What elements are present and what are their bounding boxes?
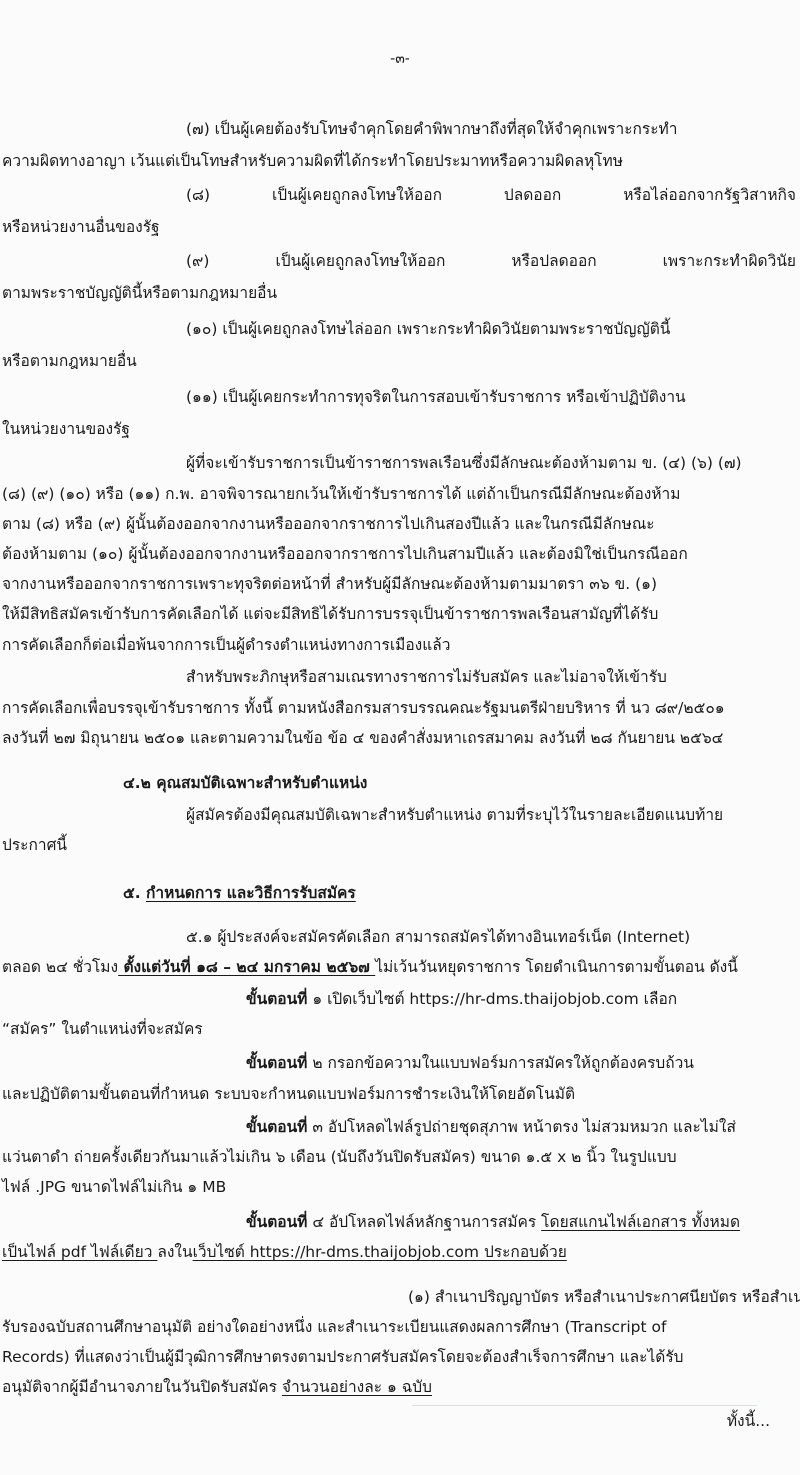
- section-5-heading: ๕. กำหนดการ และวิธีการรับสมัคร: [0, 882, 800, 904]
- divider: [412, 1405, 757, 1406]
- qualification-9-line1: (๙) เป็นผู้เคยถูกลงโทษให้ออก หรือปลดออก …: [0, 250, 800, 272]
- copies-note: จำนวนอย่างละ ๑ ฉบับ: [282, 1378, 432, 1396]
- section-4-2-heading: ๔.๒ คุณสมบัติเฉพาะสำหรับตำแหน่ง: [0, 772, 800, 794]
- qualification-11-line2: ในหน่วยงานของรัฐ: [0, 418, 800, 440]
- monks-line: ลงวันที่ ๒๗ มิถุนายน ๒๕๐๑ และตามความในข้…: [0, 727, 800, 749]
- step-label: ขั้นตอนที่: [246, 990, 307, 1008]
- exemption-line: ให้มีสิทธิสมัครเข้ารับการคัดเลือกได้ แต่…: [0, 603, 800, 625]
- qualification-8-line1: (๘) เป็นผู้เคยถูกลงโทษให้ออก ปลดออก หรือ…: [0, 184, 800, 206]
- hours-text: ตลอด ๒๔ ชั่วโมง: [2, 958, 118, 976]
- document-1-line4: อนุมัติจากผู้มีอำนาจภายในวันปิดรับสมัคร …: [0, 1376, 800, 1398]
- section-5-number: ๕.: [123, 884, 141, 902]
- document-1-line2: รับรองฉบับสถานศึกษาอนุมัติ อย่างใดอย่างห…: [0, 1316, 800, 1338]
- qualification-7-line2: ความผิดทางอาญา เว้นแต่เป็นโทษสำหรับความผ…: [0, 150, 800, 172]
- application-dates: ตั้งแต่วันที่ ๑๘ – ๒๔ มกราคม ๒๕๖๗: [118, 958, 375, 976]
- exemption-line: การคัดเลือกก็ต่อเมื่อพ้นจากการเป็นผู้ดำร…: [0, 634, 800, 656]
- step-label: ขั้นตอนที่: [246, 1118, 307, 1136]
- continuation-text: ทั้งนี้...: [0, 1410, 800, 1432]
- step-4-underlined: โดยสแกนไฟล์เอกสาร ทั้งหมด: [541, 1213, 740, 1231]
- document-1-line1: (๑) สำเนาปริญญาบัตร หรือสำเนาประกาศนียบั…: [0, 1286, 800, 1308]
- step-1-line1: ขั้นตอนที่ ๑ เปิดเว็บไซต์ https://hr-dms…: [0, 988, 800, 1010]
- qualification-10-line2: หรือตามกฎหมายอื่น: [0, 350, 800, 372]
- section-5-1-line2: ตลอด ๒๔ ชั่วโมง ตั้งแต่วันที่ ๑๘ – ๒๔ มก…: [0, 956, 800, 978]
- qualification-7-line1: (๗) เป็นผู้เคยต้องรับโทษจำคุกโดยคำพิพากษ…: [0, 118, 800, 140]
- step-2-line1: ขั้นตอนที่ ๒ กรอกข้อความในแบบฟอร์มการสมั…: [0, 1052, 800, 1074]
- procedure-text: ไม่เว้นวันหยุดราชการ โดยดำเนินการตามขั้น…: [375, 958, 738, 976]
- step-3-line1: ขั้นตอนที่ ๓ อัปโหลดไฟล์รูปถ่ายชุดสุภาพ …: [0, 1116, 800, 1138]
- section-5-1-line1: ๕.๑ ผู้ประสงค์จะสมัครคัดเลือก สามารถสมัค…: [0, 926, 800, 948]
- step-label: ขั้นตอนที่: [246, 1054, 307, 1072]
- exemption-line: (๘) (๙) (๑๐) หรือ (๑๑) ก.พ. อาจพิจารณายก…: [0, 483, 800, 505]
- step-2-text: ๒ กรอกข้อความในแบบฟอร์มการสมัครให้ถูกต้อ…: [307, 1054, 694, 1072]
- monks-line: สำหรับพระภิกษุหรือสามเณรทางราชการไม่รับส…: [0, 666, 800, 688]
- exemption-line: ตาม (๘) หรือ (๙) ผู้นั้นต้องออกจากงานหรื…: [0, 513, 800, 535]
- document-page: -๓- (๗) เป็นผู้เคยต้องรับโทษจำคุกโดยคำพิ…: [0, 0, 800, 1475]
- document-1-plain: อนุมัติจากผู้มีอำนาจภายในวันปิดรับสมัคร: [2, 1378, 282, 1396]
- section-4-2-line1: ผู้สมัครต้องมีคุณสมบัติเฉพาะสำหรับตำแหน่…: [0, 804, 800, 826]
- step-4-line2: เป็นไฟล์ pdf ไฟล์เดียว ลงในเว็บไซต์ http…: [0, 1241, 800, 1263]
- pdf-note: เป็นไฟล์ pdf ไฟล์เดียว: [2, 1243, 157, 1261]
- step-3-text: ๓ อัปโหลดไฟล์รูปถ่ายชุดสุภาพ หน้าตรง ไม่…: [307, 1118, 736, 1136]
- qualification-8-line2: หรือหน่วยงานอื่นของรัฐ: [0, 216, 800, 238]
- page-number: -๓-: [0, 48, 800, 70]
- step-3-line3: ไฟล์ .JPG ขนาดไฟล์ไม่เกิน ๑ MB: [0, 1176, 800, 1198]
- qualification-10-line1: (๑๐) เป็นผู้เคยถูกลงโทษไล่ออก เพราะกระทำ…: [0, 318, 800, 340]
- section-5-title: กำหนดการ และวิธีการรับสมัคร: [146, 884, 356, 902]
- step-4-line1: ขั้นตอนที่ ๔ อัปโหลดไฟล์หลักฐานการสมัคร …: [0, 1211, 800, 1233]
- step-4-text: ๔ อัปโหลดไฟล์หลักฐานการสมัคร: [307, 1213, 541, 1231]
- step-3-line2: แว่นตาดำ ถ่ายครั้งเดียวกันมาแล้วไม่เกิน …: [0, 1146, 800, 1168]
- step-2-line2: และปฏิบัติตามขั้นตอนที่กำหนด ระบบจะกำหนด…: [0, 1083, 800, 1105]
- qualification-9-line2: ตามพระราชบัญญัตินี้หรือตามกฎหมายอื่น: [0, 282, 800, 304]
- exemption-line: จากงานหรือออกจากราชการเพราะทุจริตต่อหน้า…: [0, 573, 800, 595]
- qualification-11-line1: (๑๑) เป็นผู้เคยกระทำการทุจริตในการสอบเข้…: [0, 386, 800, 408]
- step-4-plain: ลงใน: [157, 1243, 192, 1261]
- section-4-2-line2: ประกาศนี้: [0, 834, 800, 856]
- document-1-line3: Records) ที่แสดงว่าเป็นผู้มีวุฒิการศึกษา…: [0, 1346, 800, 1368]
- step-label: ขั้นตอนที่: [246, 1213, 307, 1231]
- step-1-text: ๑ เปิดเว็บไซต์ https://hr-dms.thaijobjob…: [307, 990, 677, 1008]
- exemption-line: ต้องห้ามตาม (๑๐) ผู้นั้นต้องออกจากงานหรื…: [0, 543, 800, 565]
- website-link[interactable]: เว็บไซต์ https://hr-dms.thaijobjob.com ป…: [193, 1243, 567, 1261]
- exemption-line: ผู้ที่จะเข้ารับราชการเป็นข้าราชการพลเรือ…: [0, 452, 800, 474]
- monks-line: การคัดเลือกเพื่อบรรจุเข้ารับราชการ ทั้งน…: [0, 697, 800, 719]
- step-1-line2: “สมัคร” ในตำแหน่งที่จะสมัคร: [0, 1018, 800, 1040]
